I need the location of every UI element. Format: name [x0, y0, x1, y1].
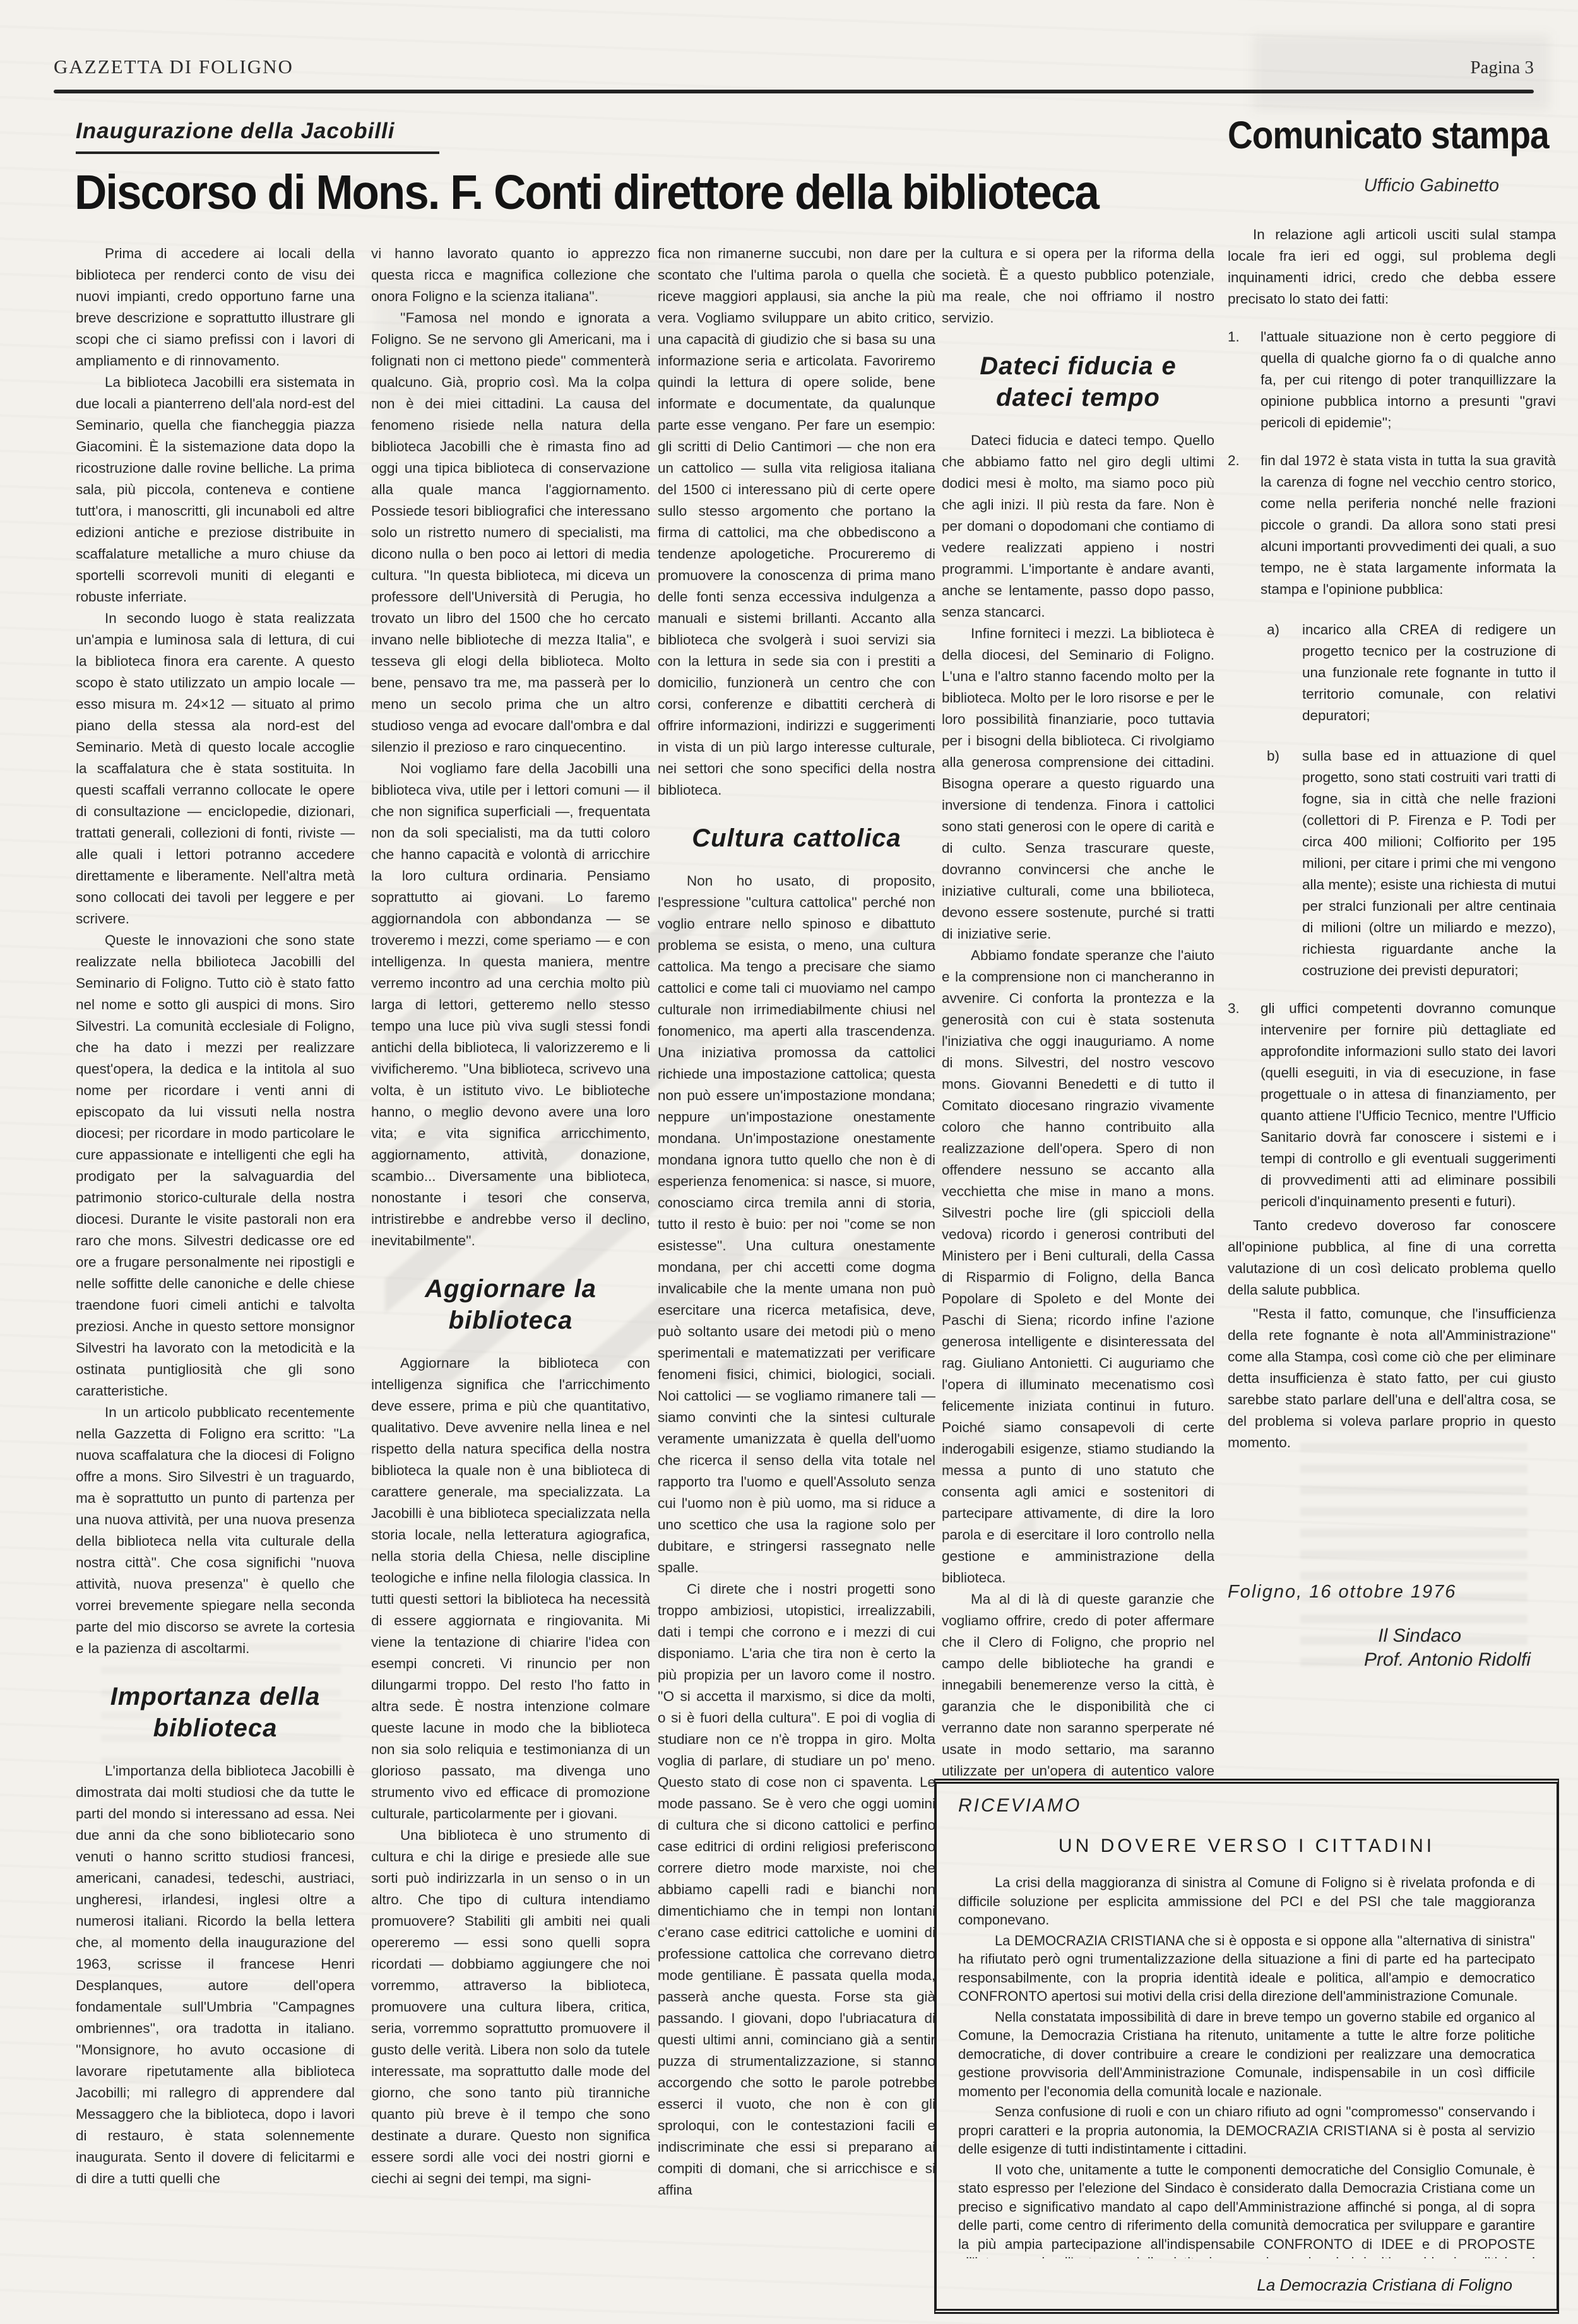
paragraph: In un articolo pubblicato recentemente n…	[76, 1402, 355, 1659]
riceviamo-signature: La Democrazia Cristiana di Foligno	[1257, 2275, 1512, 2295]
paragraph: La crisi della maggioranza di sinistra a…	[958, 1873, 1535, 1930]
comunicato-dateline: Foligno, 16 ottobre 1976	[1228, 1582, 1556, 1603]
list-item: a)incarico alla CREA di redigere un prog…	[1228, 619, 1556, 726]
paragraph: Non ho usato, di proposito, l'espression…	[658, 870, 935, 1579]
article-column-2: vi hanno lavorato quanto io apprezzo que…	[371, 243, 650, 2304]
paragraph: Nella constatata impossibilità di dare i…	[958, 2008, 1535, 2101]
list-item: 3.gli uffici competenti dovranno comunqu…	[1228, 998, 1556, 1212]
paragraph: Abbiamo fondate speranze che l'aiuto e l…	[942, 945, 1214, 1589]
kicker: Inaugurazione della Jacobilli	[76, 119, 439, 154]
paragraph: Senza confusione di ruoli e con un chiar…	[958, 2102, 1535, 2159]
paragraph: ''Famosa nel mondo e ignorata a Foligno.…	[371, 307, 650, 758]
riceviamo-label: RICEVIAMO	[958, 1795, 1535, 1817]
article-column-1: Prima di accedere ai locali della biblio…	[76, 243, 355, 2304]
riceviamo-box: RICEVIAMO UN DOVERE VERSO I CITTADINI La…	[934, 1779, 1559, 2314]
list-marker: 2.	[1228, 450, 1258, 471]
list-item: 1.l'attuale situazione non è certo peggi…	[1228, 326, 1556, 434]
headline: Discorso di Mons. F. Conti direttore del…	[74, 165, 1249, 220]
article-column-3: fica non rimanerne succubi, non dare per…	[658, 243, 935, 2304]
paragraph: Prima di accedere ai locali della biblio…	[76, 243, 355, 372]
paragraph: fica non rimanerne succubi, non dare per…	[658, 243, 935, 801]
paragraph: la cultura e si opera per la riforma del…	[942, 243, 1214, 329]
newspaper-page: GAZZETTA DI FOLIGNO Pagina 3 Inaugurazio…	[0, 0, 1578, 2324]
list-item-text: fin dal 1972 è stata vista in tutta la s…	[1261, 453, 1556, 597]
paragraph: Ci direte che i nostri progetti sono tro…	[658, 1579, 935, 2201]
list-item: 2.fin dal 1972 è stata vista in tutta la…	[1228, 450, 1556, 600]
paragraph: Queste le innovazioni che sono state rea…	[76, 930, 355, 1402]
riceviamo-body: La crisi della maggioranza di sinistra a…	[958, 1873, 1535, 2258]
signature-name: Prof. Antonio Ridolfi	[1228, 1649, 1556, 1671]
comunicato-body: In relazione agli articoli usciti sulal …	[1228, 224, 1556, 1565]
paragraph: In secondo luogo è stata realizzata un'a…	[76, 608, 355, 930]
section-subhead: Dateci fiducia e dateci tempo	[948, 350, 1208, 413]
paragraph: Dateci fiducia e dateci tempo. Quello ch…	[942, 430, 1214, 623]
paragraph: Infine forniteci i mezzi. La biblioteca …	[942, 623, 1214, 945]
header-rule	[54, 90, 1534, 93]
list-marker: b)	[1267, 745, 1300, 767]
paragraph: Ma al di là di queste garanzie che vogli…	[942, 1589, 1214, 1777]
list-item-text: incarico alla CREA di redigere un proget…	[1302, 622, 1556, 723]
list-item: b)sulla base ed in attuazione di quel pr…	[1228, 745, 1556, 981]
paragraph: Una biblioteca è uno strumento di cultur…	[371, 1825, 650, 2190]
paragraph: La DEMOCRAZIA CRISTIANA che si è opposta…	[958, 1931, 1535, 2006]
comunicato-title: Comunicato stampa	[1228, 112, 1556, 158]
list-marker: 1.	[1228, 326, 1258, 348]
paragraph: Il voto che, unitamente a tutte le compo…	[958, 2161, 1535, 2259]
list-item-text: l'attuale situazione non è certo peggior…	[1261, 329, 1556, 430]
section-subhead: Cultura cattolica	[664, 822, 929, 854]
paragraph: ''Resta il fatto, comunque, che l'insuff…	[1228, 1303, 1556, 1454]
list-marker: 3.	[1228, 998, 1258, 1019]
list-item-text: sulla base ed in attuazione di quel prog…	[1302, 748, 1556, 978]
masthead: GAZZETTA DI FOLIGNO	[54, 56, 294, 78]
paragraph: Tanto credevo doveroso far conoscere all…	[1228, 1215, 1556, 1301]
section-subhead: Aggiornare la biblioteca	[377, 1273, 644, 1336]
kicker-wrap: Inaugurazione della Jacobilli	[76, 119, 439, 154]
paragraph: In relazione agli articoli usciti sulal …	[1228, 224, 1556, 310]
paragraph: Noi vogliamo fare della Jacobilli una bi…	[371, 758, 650, 1252]
list-item-text: gli uffici competenti dovranno comunque …	[1261, 1000, 1556, 1209]
list-marker: a)	[1267, 619, 1300, 641]
page-header: GAZZETTA DI FOLIGNO Pagina 3	[54, 56, 1534, 78]
signature-role: Il Sindaco	[1228, 1625, 1556, 1647]
paragraph: vi hanno lavorato quanto io apprezzo que…	[371, 243, 650, 307]
paragraph: Aggiornare la biblioteca con intelligenz…	[371, 1353, 650, 1825]
paragraph: L'importanza della biblioteca Jacobilli …	[76, 1760, 355, 2190]
page-number: Pagina 3	[1470, 57, 1534, 78]
section-subhead: Importanza della biblioteca	[82, 1681, 348, 1744]
comunicato-byline: Ufficio Gabinetto	[1228, 175, 1556, 196]
paragraph: La biblioteca Jacobilli era sistemata in…	[76, 372, 355, 608]
riceviamo-title: UN DOVERE VERSO I CITTADINI	[958, 1835, 1535, 1857]
comunicato-column: Comunicato stampa Ufficio Gabinetto In r…	[1228, 112, 1556, 1753]
article-column-4: la cultura e si opera per la riforma del…	[942, 243, 1214, 1777]
